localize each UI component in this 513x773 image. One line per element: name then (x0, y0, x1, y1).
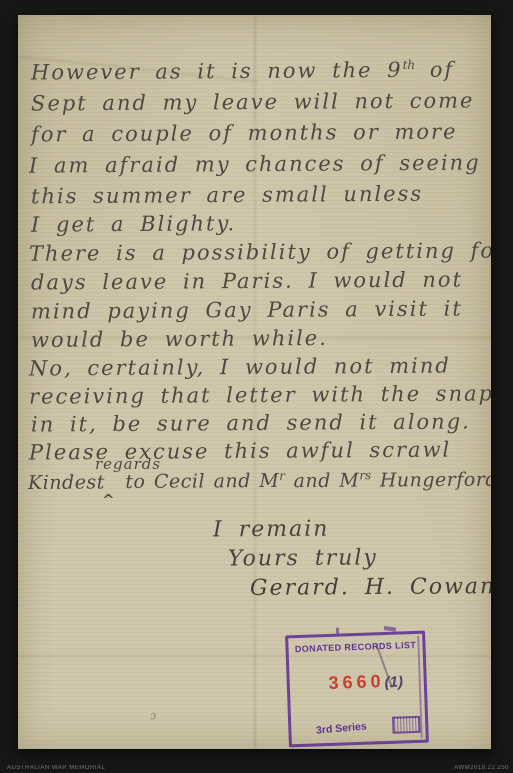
stamp-ink-tick (384, 626, 396, 632)
stamp-title: DONATED RECORDS LIST (288, 640, 422, 655)
letter-paper: However as it is now the 9th of Sept and… (18, 15, 491, 749)
letter-line: this summer are small unless (31, 182, 423, 209)
inserted-word: regards (95, 455, 161, 473)
closing-line: Yours truly (228, 545, 378, 571)
letter-line: in it, be sure and send it along. (31, 409, 471, 436)
stamp-annotation: (1) (384, 673, 403, 691)
letter-line: However as it is now the 9th of (31, 58, 454, 85)
insertion-caret: ^ (102, 491, 115, 509)
letter-line: No, certainly, I would not mind (29, 354, 451, 381)
scanned-letter-page: However as it is now the 9th of Sept and… (0, 0, 513, 773)
stamp-ink-tick (336, 628, 339, 634)
donated-records-stamp: DONATED RECORDS LIST 3660(1) 3rd Series (285, 631, 429, 748)
stamp-number-row: 3660(1) (289, 670, 424, 696)
superscript-text: rs (359, 468, 371, 482)
letter-line: for a couple of months or more (31, 120, 458, 147)
letter-line: receiving that letter with the snap (29, 381, 491, 408)
superscript-text: th (403, 58, 416, 72)
pencil-mark: ɔ (148, 708, 157, 722)
letter-text: Kindest (28, 471, 105, 494)
stamp-smudge-box (392, 716, 421, 734)
letter-text: to Cecil and M (105, 470, 280, 493)
letter-text: Hungerford (371, 469, 491, 492)
awm-credit-label: AUSTRALIAN WAR MEMORIAL (7, 765, 105, 771)
letter-text: of (415, 58, 454, 82)
letter-text: and M (285, 470, 359, 493)
letter-line: mind paying Gay Paris a visit it (31, 296, 463, 323)
catalog-number-label: AWM2019.22.250 (454, 765, 509, 771)
letter-text: However as it is now the 9 (31, 58, 403, 85)
letter-line: would be worth while. (31, 326, 328, 352)
letter-line: I am afraid my chances of seeing it (29, 150, 491, 177)
stamp-series: 3rd Series (291, 718, 392, 739)
stamp-number: 3660 (328, 671, 385, 693)
letter-line: Please excuse this awful scrawl (29, 438, 451, 465)
letter-line: Sept and my leave will not come (31, 88, 475, 115)
closing-line: I remain (213, 517, 330, 543)
signature: Gerard. H. Cowan (250, 574, 491, 601)
letter-line: There is a possibility of getting four (29, 238, 491, 265)
letter-line: days leave in Paris. I would not (31, 267, 463, 294)
letter-line: I get a Blighty. (31, 211, 236, 236)
